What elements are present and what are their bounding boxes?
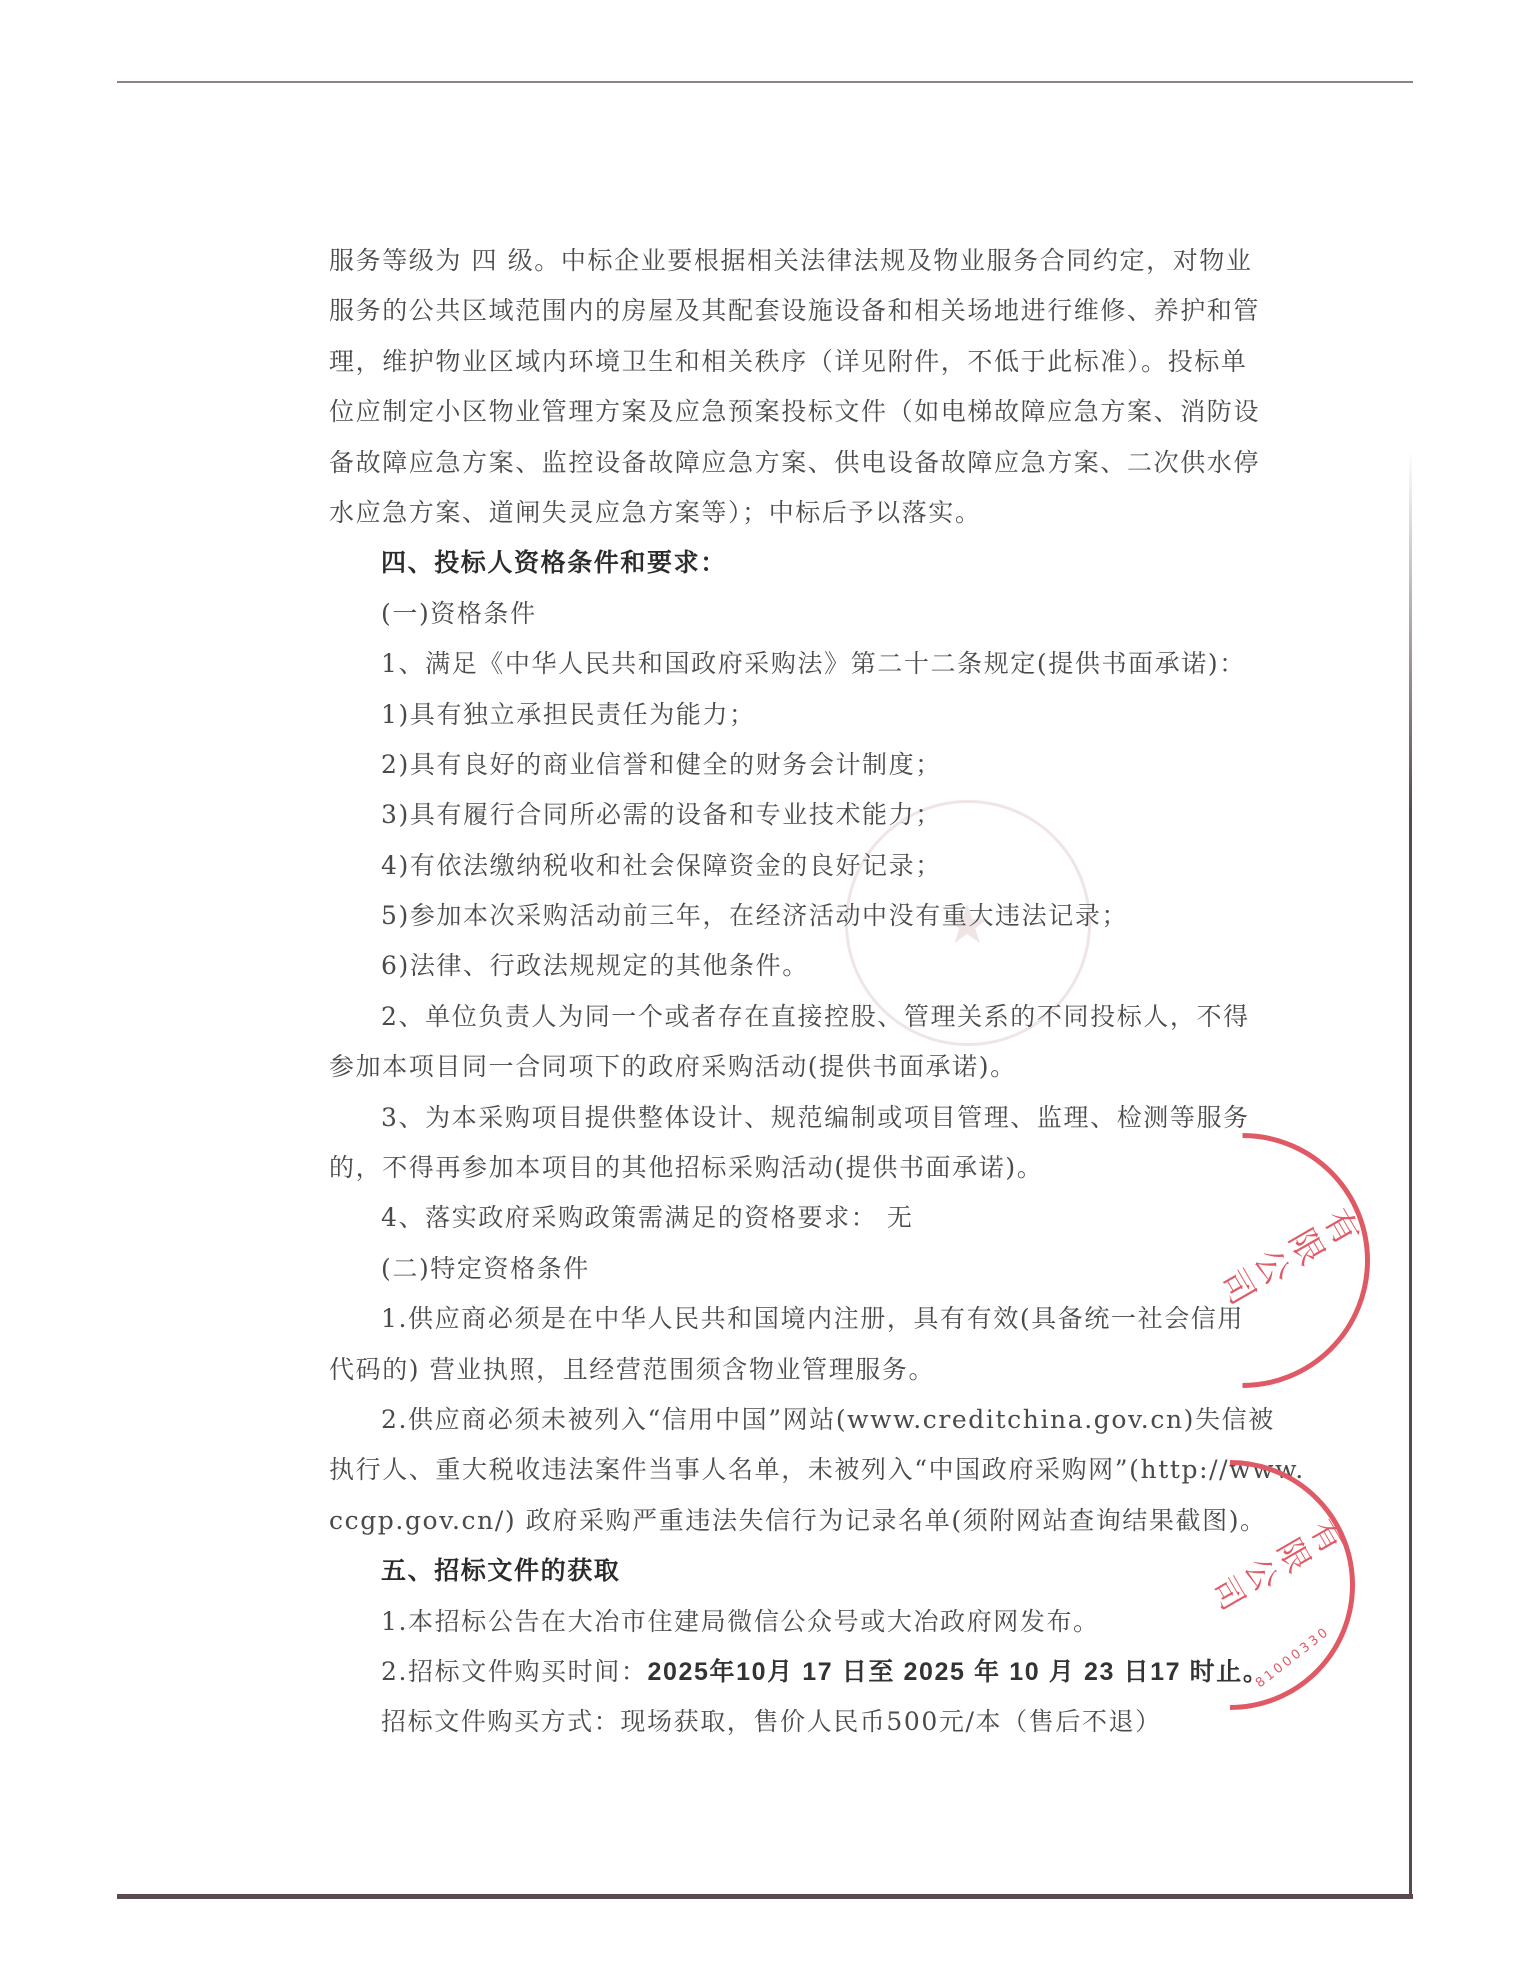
paragraph-line: ccgp.gov.cn/) 政府采购严重违法失信行为记录名单(须附网站查询结果截… (329, 1496, 1229, 1546)
paragraph-line: 招标文件购买方式：现场获取，售价人民币500元/本（售后不退） (329, 1697, 1229, 1747)
paragraph-line: 备故障应急方案、监控设备故障应急方案、供电设备故障应急方案、二次供水停 (329, 438, 1229, 488)
list-item: 4)有依法缴纳税收和社会保障资金的良好记录； (329, 841, 1229, 891)
document-body: 服务等级为 四 级。中标企业要根据相关法律法规及物业服务合同约定，对物业 服务的… (329, 236, 1229, 1748)
purchase-time-range: 2025年10月 17 日至 2025 年 10 月 23 日17 时止。 (647, 1658, 1269, 1686)
paragraph-line: 1.供应商必须是在中华人民共和国境内注册，具有有效(具备统一社会信用 (329, 1294, 1229, 1344)
paragraph-line: 3、为本采购项目提供整体设计、规范编制或项目管理、监理、检测等服务 (329, 1093, 1229, 1143)
paragraph-line: 的，不得再参加本项目的其他招标采购活动(提供书面承诺)。 (329, 1143, 1229, 1193)
section-heading-bidder-qualifications: 四、投标人资格条件和要求： (329, 538, 1229, 588)
paragraph-line: 服务的公共区域范围内的房屋及其配套设施设备和相关场地进行维修、养护和管 (329, 286, 1229, 336)
subsection-heading-specific-qualifications: (二)特定资格条件 (329, 1244, 1229, 1294)
paragraph-line: 代码的) 营业执照，且经营范围须含物业管理服务。 (329, 1345, 1229, 1395)
purchase-time-line: 2.招标文件购买时间：2025年10月 17 日至 2025 年 10 月 23… (329, 1647, 1229, 1697)
paragraph-line: 参加本项目同一合同项下的政府采购活动(提供书面承诺)。 (329, 1042, 1229, 1092)
subsection-heading-qualifications: (一)资格条件 (329, 589, 1229, 639)
list-item: 2)具有良好的商业信誉和健全的财务会计制度； (329, 740, 1229, 790)
list-item: 6)法律、行政法规规定的其他条件。 (329, 941, 1229, 991)
paragraph-line: 2.供应商必须未被列入“信用中国”网站(www.creditchina.gov.… (329, 1395, 1229, 1445)
paragraph-line: 执行人、重大税收违法案件当事人名单，未被列入“中国政府采购网”(http://w… (329, 1445, 1229, 1495)
page-border-right (1409, 450, 1412, 1899)
paragraph-line: 1、满足《中华人民共和国政府采购法》第二十二条规定(提供书面承诺)： (329, 639, 1229, 689)
paragraph-line: 2、单位负责人为同一个或者存在直接控股、管理关系的不同投标人，不得 (329, 992, 1229, 1042)
scanned-document-page: ★ 服务等级为 四 级。中标企业要根据相关法律法规及物业服务合同约定，对物业 服… (0, 0, 1530, 1980)
list-item: 1)具有独立承担民责任为能力； (329, 690, 1229, 740)
paragraph-line: 理，维护物业区域内环境卫生和相关秩序（详见附件，不低于此标准）。投标单 (329, 337, 1229, 387)
paragraph-line: 1.本招标公告在大冶市住建局微信公众号或大冶政府网发布。 (329, 1597, 1229, 1647)
section-heading-tender-documents: 五、招标文件的获取 (329, 1546, 1229, 1596)
paragraph-line: 水应急方案、道闸失灵应急方案等）；中标后予以落实。 (329, 488, 1229, 538)
list-item: 5)参加本次采购活动前三年，在经济活动中没有重大违法记录； (329, 891, 1229, 941)
list-item: 3)具有履行合同所必需的设备和专业技术能力； (329, 790, 1229, 840)
paragraph-line: 位应制定小区物业管理方案及应急预案投标文件（如电梯故障应急方案、消防设 (329, 387, 1229, 437)
paragraph-line: 4、落实政府采购政策需满足的资格要求： 无 (329, 1193, 1229, 1243)
page-border-top (117, 81, 1413, 83)
page-border-bottom (117, 1894, 1413, 1899)
paragraph-line: 服务等级为 四 级。中标企业要根据相关法律法规及物业服务合同约定，对物业 (329, 236, 1229, 286)
purchase-time-label: 2.招标文件购买时间： (381, 1657, 647, 1686)
